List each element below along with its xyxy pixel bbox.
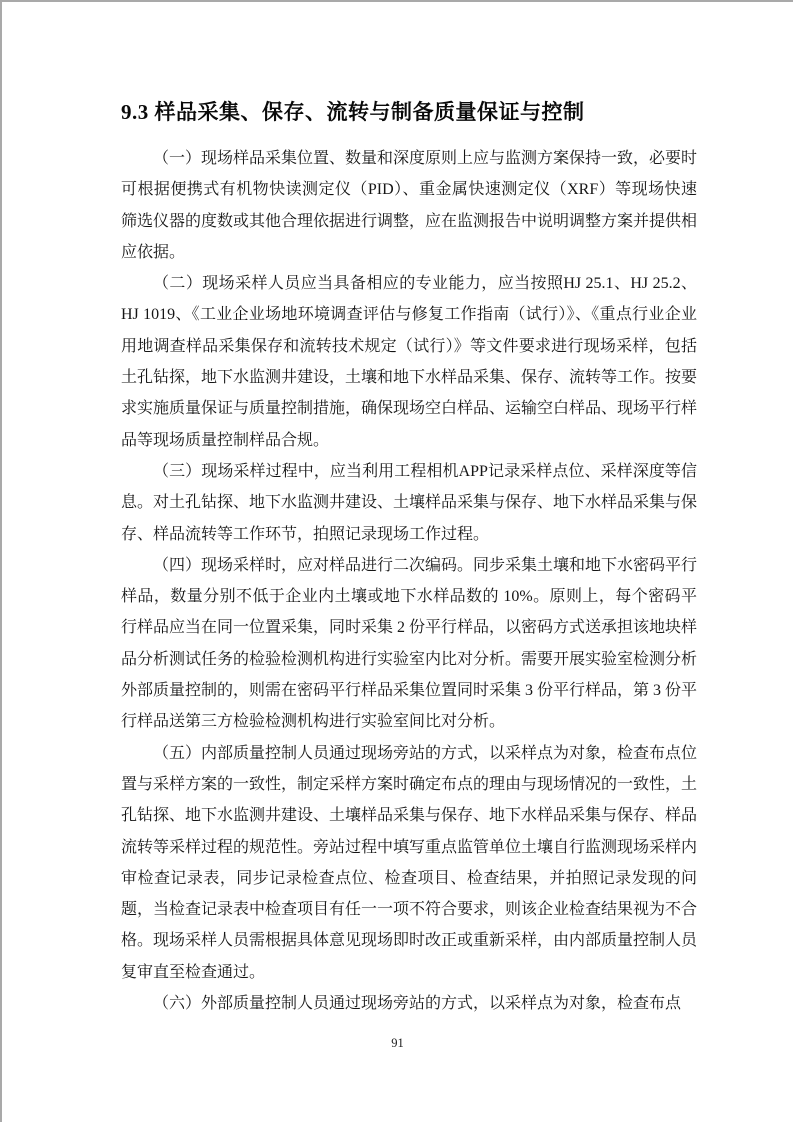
paragraph-5: （五）内部质量控制人员通过现场旁站的方式，以采样点为对象，检查布点位置与采样方案… (121, 738, 697, 988)
paragraph-3: （三）现场采样过程中，应当利用工程相机APP记录采样点位、采样深度等信息。对土孔… (121, 456, 697, 550)
body-text-block: （一）现场样品采集位置、数量和深度原则上应与监测方案保持一致，必要时可根据便携式… (121, 143, 697, 1019)
document-page: 9.3 样品采集、保存、流转与制备质量保证与控制 （一）现场样品采集位置、数量和… (0, 0, 793, 1122)
section-heading: 9.3 样品采集、保存、流转与制备质量保证与控制 (121, 100, 701, 125)
paragraph-1: （一）现场样品采集位置、数量和深度原则上应与监测方案保持一致，必要时可根据便携式… (121, 143, 697, 268)
paragraph-6: （六）外部质量控制人员通过现场旁站的方式，以采样点为对象，检查布点 (121, 988, 697, 1019)
paragraph-4: （四）现场采样时，应对样品进行二次编码。同步采集土壤和地下水密码平行样品，数量分… (121, 550, 697, 738)
page-number: 91 (2, 1036, 793, 1051)
paragraph-2: （二）现场采样人员应当具备相应的专业能力，应当按照HJ 25.1、HJ 25.2… (121, 268, 697, 456)
